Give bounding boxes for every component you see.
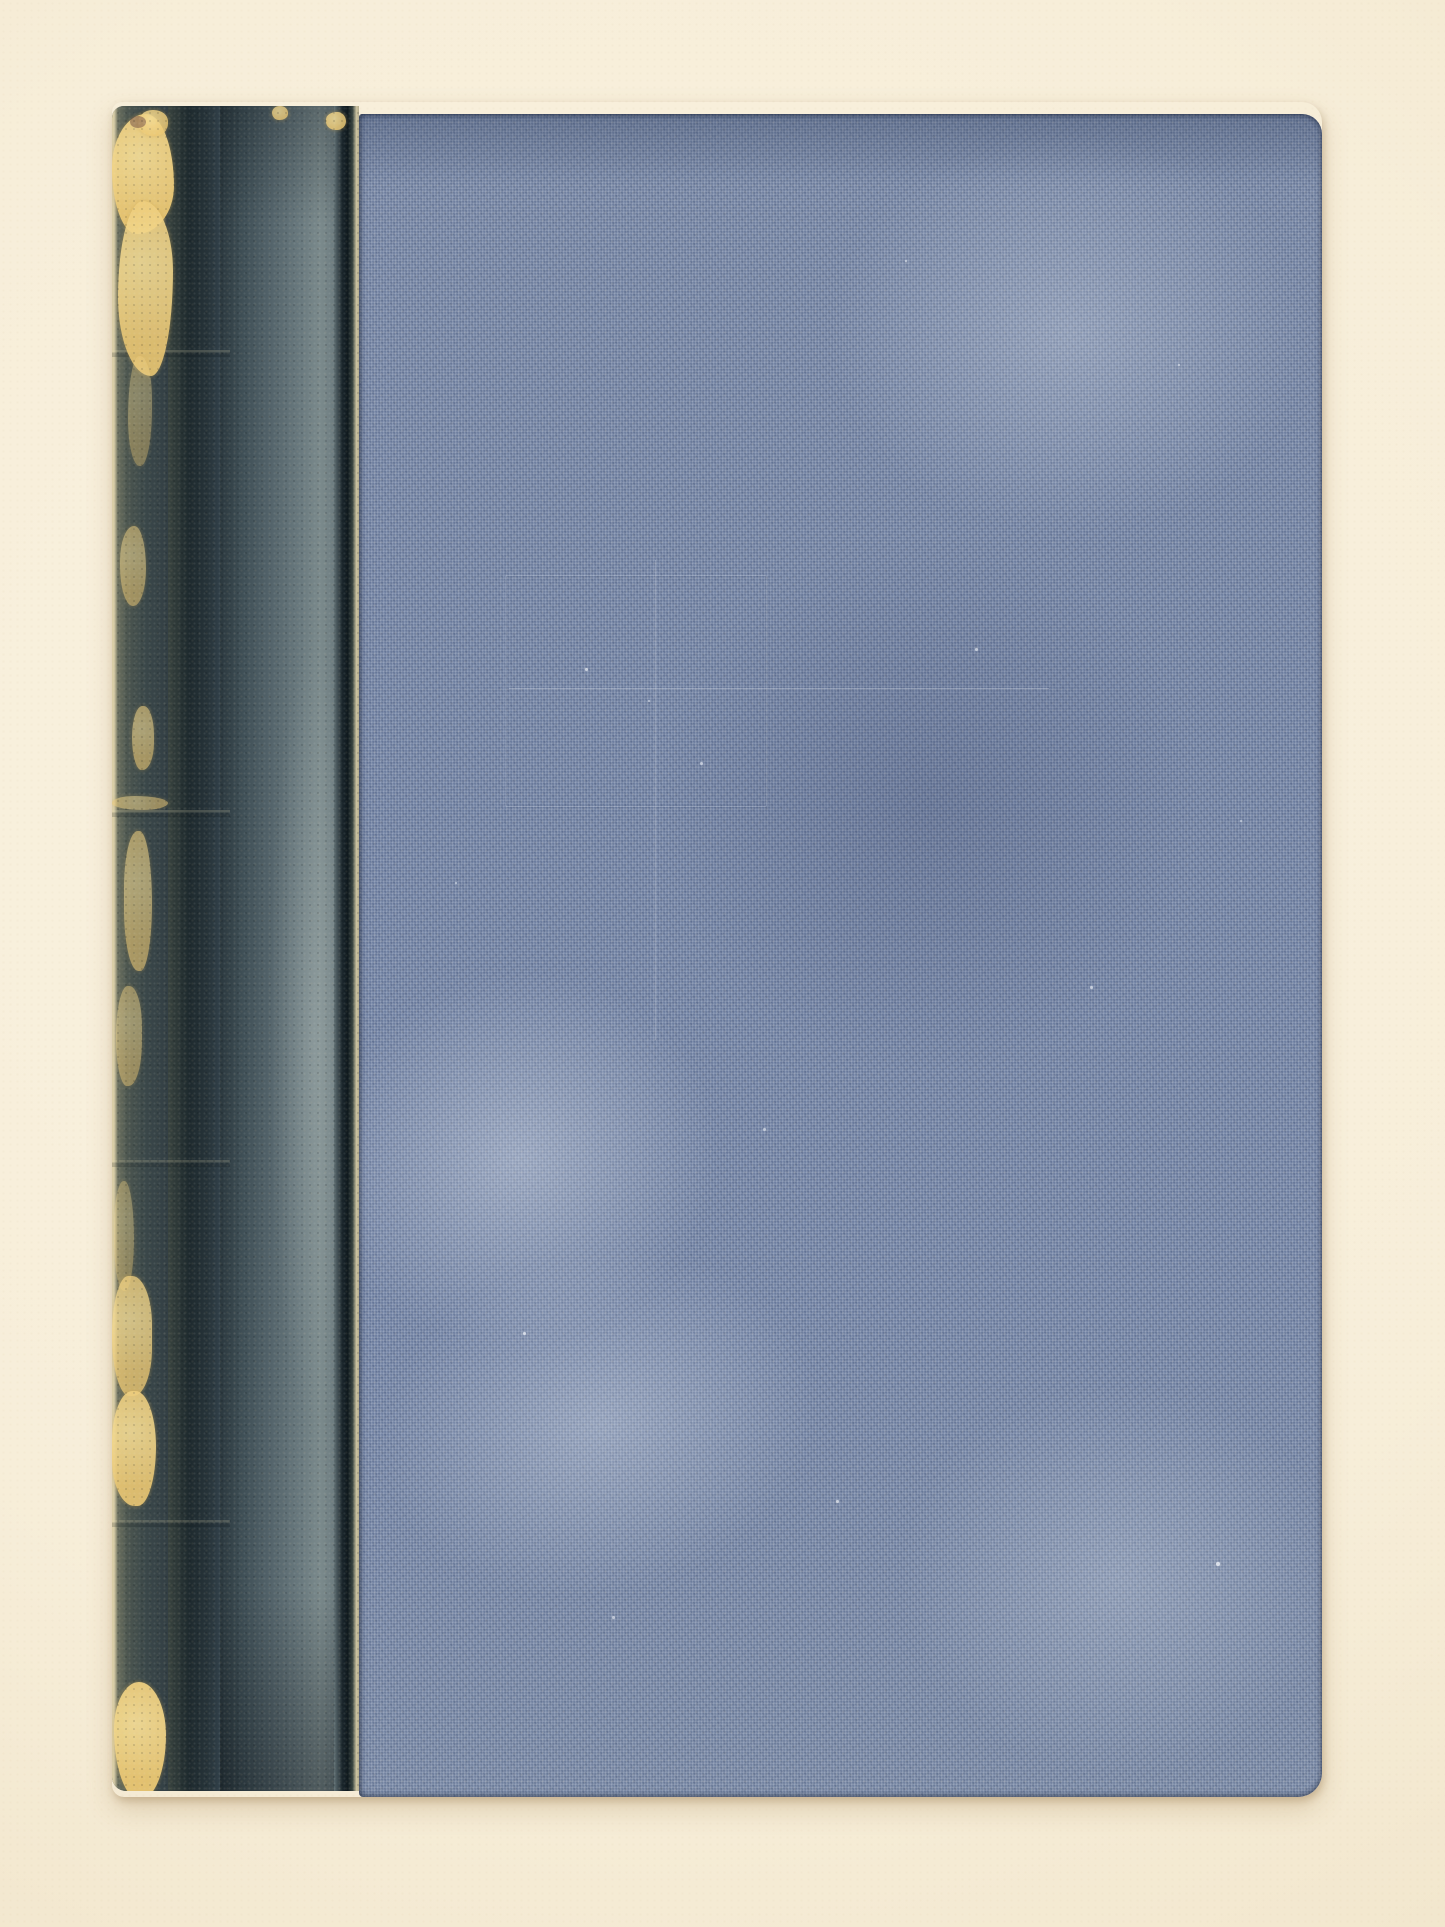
lint-speck <box>905 260 907 262</box>
lint-speck <box>612 1616 615 1619</box>
spine-groove <box>168 106 220 1791</box>
lint-speck <box>975 648 978 651</box>
spine-wear-patch <box>112 796 168 810</box>
lint-speck <box>700 762 703 765</box>
spine-raised-band <box>112 1520 230 1527</box>
embossed-panel <box>505 575 767 807</box>
spine-wear-patch <box>120 526 146 606</box>
spine-wear-patch <box>118 201 173 376</box>
spine-raised-band <box>112 1160 230 1167</box>
faint-horizontal-scratch <box>509 688 1049 689</box>
cover-top-shadow <box>359 114 1322 184</box>
faint-vertical-crease <box>655 560 656 1040</box>
lint-speck <box>1090 986 1093 989</box>
front-cover-cloth <box>359 114 1322 1797</box>
spine-wear-patch <box>128 356 152 466</box>
spine-wear-patch <box>112 1391 156 1506</box>
spine-wear-patch <box>272 106 288 120</box>
lint-speck <box>585 668 588 671</box>
spine-hinge-joint <box>334 106 359 1791</box>
lint-speck <box>763 1128 766 1131</box>
book-spine <box>112 106 359 1791</box>
spine-wear-patch <box>116 986 142 1086</box>
photo-background <box>0 0 1445 1927</box>
spine-wear-patch <box>112 1276 152 1396</box>
lint-speck <box>523 1332 526 1335</box>
spine-leather-panel <box>220 106 334 1791</box>
cloth-sheen-left-mid <box>359 921 766 1396</box>
book <box>112 102 1322 1797</box>
lint-speck <box>1240 820 1242 822</box>
spine-wear-patch <box>326 112 346 130</box>
spine-wear-patch <box>114 1181 134 1291</box>
lint-speck <box>1216 1562 1220 1566</box>
spine-wear-patch <box>114 1682 166 1791</box>
lint-speck <box>648 700 650 702</box>
spine-wear-patch <box>124 831 152 971</box>
spine-wear-patch <box>130 116 146 128</box>
cloth-sheen-top-right <box>829 134 1309 534</box>
cloth-sheen-bottom-left <box>359 1206 854 1642</box>
spine-wear-patch <box>132 706 154 770</box>
cloth-sheen-bottom-right <box>899 1384 1322 1774</box>
lint-speck <box>1178 364 1180 366</box>
lint-speck <box>455 882 457 884</box>
lint-speck <box>836 1500 839 1503</box>
spine-raised-band <box>112 810 230 817</box>
